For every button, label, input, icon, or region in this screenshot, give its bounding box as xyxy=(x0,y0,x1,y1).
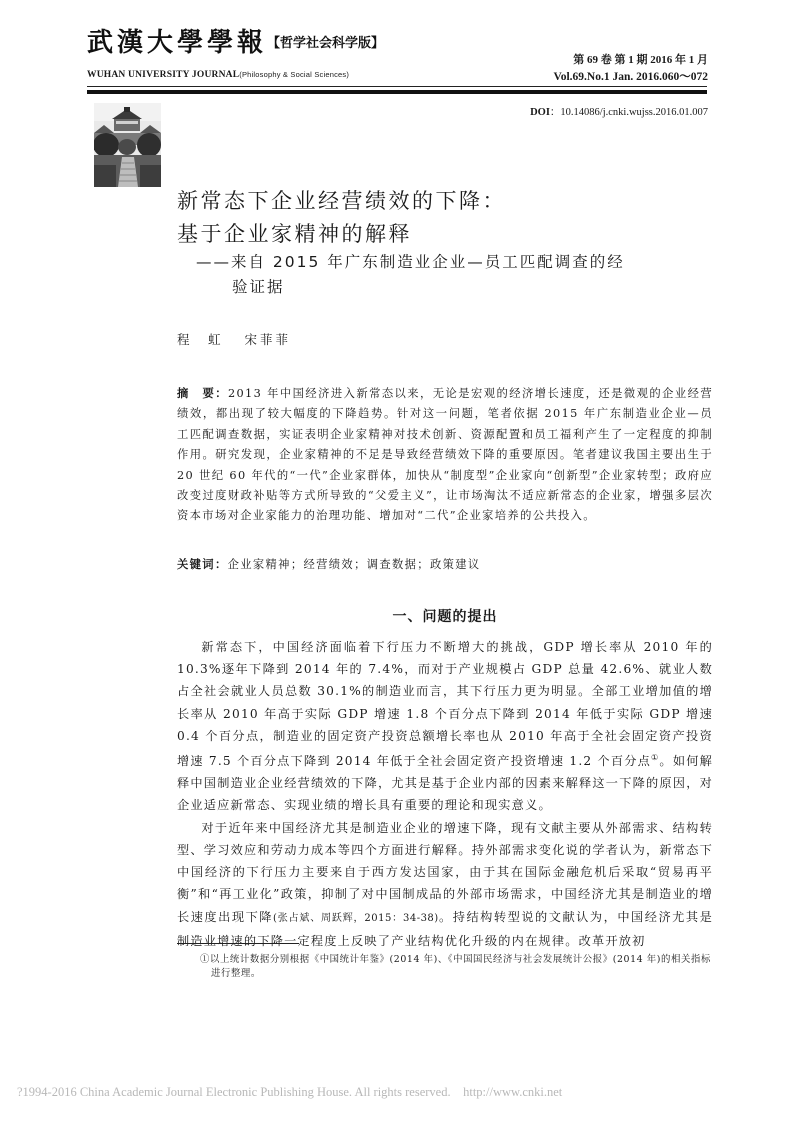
subtitle-line-1: ——来自 2015 年广东制造业企业—员工匹配调查的经 xyxy=(196,253,625,271)
title-line-2: 基于企业家精神的解释 xyxy=(177,218,506,251)
keywords-label: 关键词： xyxy=(177,557,228,571)
journal-edition-cn: 【哲学社会科学版】 xyxy=(267,36,384,51)
footnote-rule xyxy=(177,943,299,944)
footnote-line-2: 进行整理。 xyxy=(200,967,712,981)
citation: (张占斌、周跃辉，2015：34-38) xyxy=(273,913,439,924)
subtitle-line-2: 验证据 xyxy=(196,275,716,300)
issue-info-cn: 第 69 卷 第 1 期 2016 年 1 月 xyxy=(573,51,708,67)
paragraph-1-text: 新常态下，中国经济面临着下行压力不断增大的挑战，GDP 增长率从 2010 年的… xyxy=(177,640,713,768)
campus-building-photo xyxy=(94,103,161,187)
section-heading: 一、问题的提出 xyxy=(177,606,713,626)
journal-edition-en: (Philosophy & Social Sciences) xyxy=(239,70,349,79)
copyright-notice: ?1994-2016 China Academic Journal Electr… xyxy=(17,1085,562,1100)
author-list: 程 虹 宋菲菲 xyxy=(177,330,305,348)
author-1: 程 虹 xyxy=(177,332,224,347)
abstract: 摘 要：2013 年中国经济进入新常态以来，无论是宏观的经济增长速度，还是微观的… xyxy=(177,383,713,527)
abstract-label: 摘 要： xyxy=(177,386,228,400)
doi-label: DOI xyxy=(530,107,550,118)
header-rule-thick xyxy=(87,90,707,94)
paragraph-2-text: 对于近年来中国经济尤其是制造业企业的增速下降，现有文献主要从外部需求、结构转型、… xyxy=(177,821,713,924)
article-subtitle: ——来自 2015 年广东制造业企业—员工匹配调查的经 验证据 xyxy=(196,250,716,300)
keywords: 关键词：企业家精神；经营绩效；调查数据；政策建议 xyxy=(177,556,713,572)
header-rule-thin xyxy=(87,86,707,87)
journal-masthead: 武漢大學學報【哲学社会科学版】 xyxy=(87,28,384,59)
journal-name-en-line: WUHAN UNIVERSITY JOURNAL(Philosophy & So… xyxy=(87,70,349,80)
article-title: 新常态下企业经营绩效的下降： 基于企业家精神的解释 xyxy=(177,185,506,251)
footnote: ①以上统计数据分别根据《中国统计年鉴》(2014 年)、《中国国民经济与社会发展… xyxy=(200,953,712,981)
paragraph-1: 新常态下，中国经济面临着下行压力不断增大的挑战，GDP 增长率从 2010 年的… xyxy=(177,636,713,817)
journal-name-cn: 武漢大學學報 xyxy=(87,28,267,58)
campus-building-icon xyxy=(94,103,161,187)
journal-name-en: WUHAN UNIVERSITY JOURNAL xyxy=(87,70,239,80)
author-2: 宋菲菲 xyxy=(245,332,292,347)
keywords-text: 企业家精神；经营绩效；调查数据；政策建议 xyxy=(228,558,481,571)
paragraph-2: 对于近年来中国经济尤其是制造业企业的增速下降，现有文献主要从外部需求、结构转型、… xyxy=(177,817,713,952)
title-line-1: 新常态下企业经营绩效的下降： xyxy=(177,185,506,218)
doi-value: ：10.14086/j.cnki.wujss.2016.01.007 xyxy=(550,107,708,118)
section-body: 新常态下，中国经济面临着下行压力不断增大的挑战，GDP 增长率从 2010 年的… xyxy=(177,636,713,952)
issue-info-en: Vol.69.No.1 Jan. 2016.060～072 xyxy=(553,68,708,84)
footnote-line-1: ①以上统计数据分别根据《中国统计年鉴》(2014 年)、《中国国民经济与社会发展… xyxy=(200,954,711,965)
doi[interactable]: DOI：10.14086/j.cnki.wujss.2016.01.007 xyxy=(530,104,708,119)
abstract-text: 2013 年中国经济进入新常态以来，无论是宏观的经济增长速度，还是微观的企业经营… xyxy=(177,387,713,522)
